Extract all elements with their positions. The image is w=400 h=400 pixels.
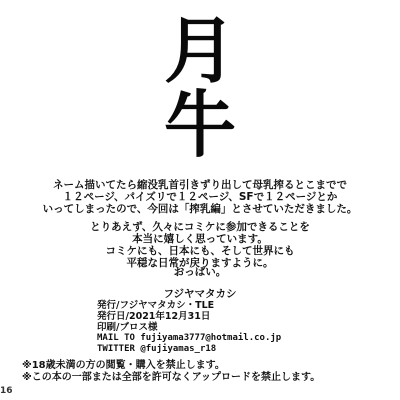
legal-notes: ※18歳未満の方の閲覧・購入を禁止します。 ※この本の一部または全部を許可なくア… (22, 360, 320, 384)
closing-line: おっぱい。 (0, 266, 400, 278)
age-restriction-note: ※18歳未満の方の閲覧・購入を禁止します。 (22, 360, 320, 372)
text-line: １２ページ、パイズリで１２ページ、SFで１２ページとか (0, 191, 400, 203)
title-block: 月 牛 (0, 14, 400, 162)
publisher-line: 発行/フジヤマタカシ・TLE (97, 300, 281, 311)
text-line: コミケにも、日本にも、そして世界にも (0, 245, 400, 257)
text-line: ネーム描いてたら縮没乳首引きずり出して母乳搾るとこまでで (0, 179, 400, 191)
text-line: とりあえず、久々にコミケに参加できることを (0, 221, 400, 233)
afterword-paragraph-1: ネーム描いてたら縮没乳首引きずり出して母乳搾るとこまでで １２ページ、パイズリで… (0, 179, 400, 215)
text-line: 本当に嬉しく思っています。 (0, 233, 400, 245)
closing-text: おっぱい。 (0, 266, 400, 278)
twitter-line: TWITTER @fujiyamas_r18 (97, 344, 281, 355)
email-line: MAIL TO fujiyama3777@hotmail.co.jp (97, 333, 281, 344)
page-number: 16 (0, 386, 13, 396)
afterword-page: 月 牛 ネーム描いてたら縮没乳首引きずり出して母乳搾るとこまでで １２ページ、パ… (0, 0, 400, 400)
text-line: いってしまったので、今回は「搾乳編」とさせていただきました。 (0, 203, 400, 215)
colophon: 発行/フジヤマタカシ・TLE 発行日/2021年12月31日 印刷/ブロス様 M… (97, 300, 281, 355)
publish-date-line: 発行日/2021年12月31日 (97, 311, 281, 322)
afterword-paragraph-2: とりあえず、久々にコミケに参加できることを 本当に嬉しく思っています。 コミケに… (0, 221, 400, 269)
printer-line: 印刷/ブロス様 (97, 322, 281, 333)
signature-line: フジヤマタカシ (0, 288, 400, 300)
upload-prohibition-note: ※この本の一部または全部を許可なくアップロードを禁止します。 (22, 372, 320, 384)
title-char-moon: 月 (0, 14, 400, 88)
author-signature: フジヤマタカシ (0, 288, 400, 300)
title-char-cow: 牛 (0, 88, 400, 162)
